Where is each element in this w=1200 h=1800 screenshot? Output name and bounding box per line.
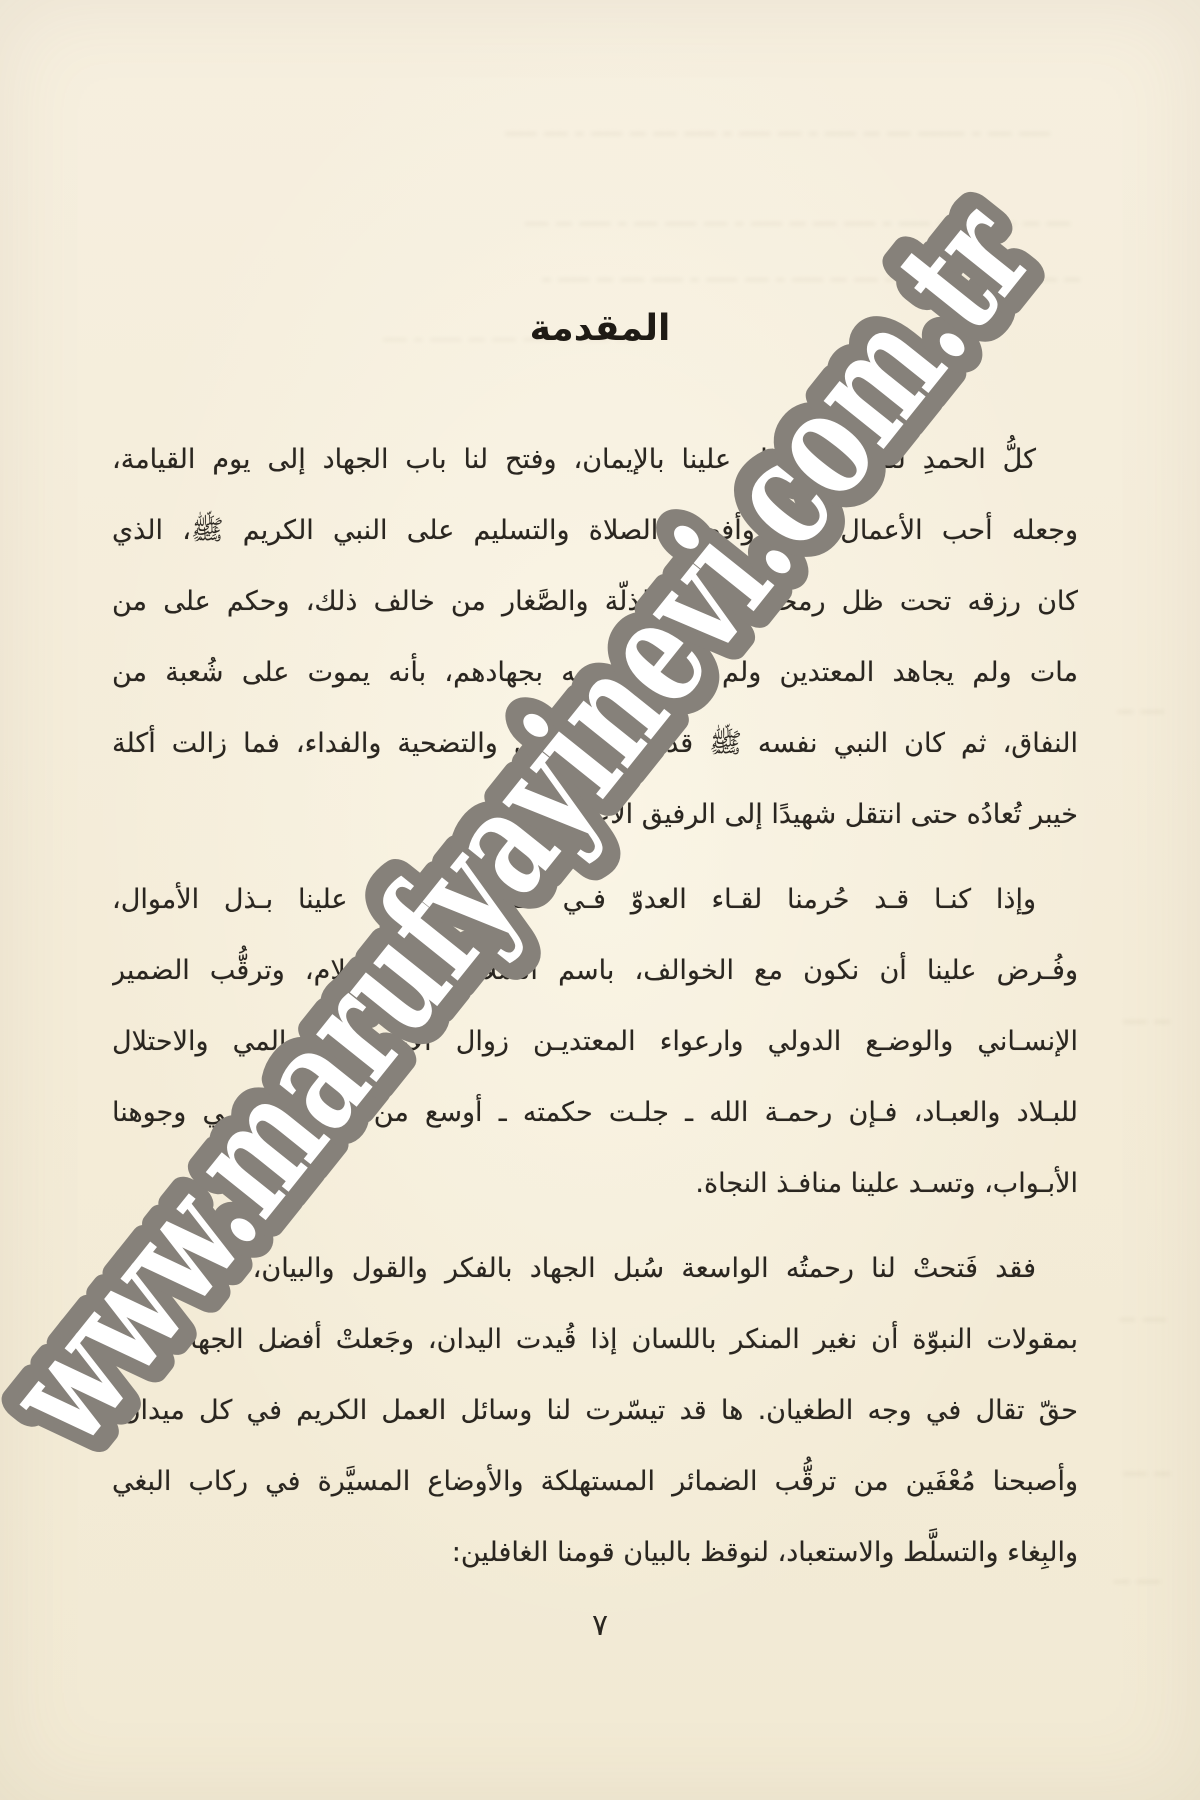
text-line: وفُـرض علينا أن نكون مع الخوالف، باسم ال… [112,935,1078,1006]
text-line: وإذا كنـا قـد حُرمنا لقـاء العدوّ فـي ال… [112,864,1078,935]
text-line: الأبـواب، وتسـد علينا منافـذ النجاة. [112,1148,1078,1219]
ghost-text-line: ــــ ـــ ـ ــــــ ـــ ــ ــــ ـ ـــ ــــ… [130,112,1050,142]
text-line: بمقولات النبوّة أن نغير المنكر باللسان إ… [112,1304,1078,1375]
text-line: النفاق، ثم كان النبي نفسه ﷺ قدوةً في الب… [112,708,1078,779]
page-title: المقدمة [0,308,1200,349]
text-line: للبـلاد والعبـاد، فـإن رحمـة الله ـ جلـت… [112,1077,1078,1148]
body-text: كلُّ الحمدِ لله أن تفضّل علينا بالإيمان،… [112,424,1078,1588]
ghost-text-line: ــ ــــ ـ ـــ ــــ ـ ــــ ـــ ــ ــــ ـ … [100,258,1080,288]
text-line: كلُّ الحمدِ لله أن تفضّل علينا بالإيمان،… [112,424,1078,495]
paragraph: كلُّ الحمدِ لله أن تفضّل علينا بالإيمان،… [112,424,1078,850]
text-line: مات ولم يجاهد المعتدين ولم يحدّث نفسه بج… [112,637,1078,708]
ghost-text-line: ـــ ــ ــــ ـ ـــ ــــ ـ ــــ ـــ ــ ـــ… [110,202,1070,232]
page-number: ٧ [0,1608,1200,1643]
text-line: الإنسـاني والوضـع الدولي وارعواء المعتدي… [112,1006,1078,1077]
scanned-book-page: ــــ ـــ ـ ــــــ ـــ ــ ــــ ـ ـــ ــــ… [0,0,1200,1800]
text-line: كان رزقه تحت ظل رمحه، وبشّر بالذلّة والص… [112,566,1078,637]
text-line: وجعله أحب الأعمال إليه، وأفضلُ الصلاة وا… [112,495,1078,566]
text-line: خيبر تُعادُه حتى انتقل شهيدًا إلى الرفيق… [112,779,1078,850]
paragraph: فقد فَتحتْ لنا رحمتُه الواسعة سُبل الجها… [112,1233,1078,1588]
text-line: والبِغاء والتسلَّط والاستعباد، لنوقظ بال… [112,1517,1078,1588]
text-line: فقد فَتحتْ لنا رحمتُه الواسعة سُبل الجها… [112,1233,1078,1304]
paragraph: وإذا كنـا قـد حُرمنا لقـاء العدوّ فـي ال… [112,864,1078,1219]
text-line: وأصبحنا مُعْفَين من ترقُّب الضمائر المست… [112,1446,1078,1517]
text-line: حقّ تقال في وجه الطغيان. ها قد تيسّرت لن… [112,1375,1078,1446]
